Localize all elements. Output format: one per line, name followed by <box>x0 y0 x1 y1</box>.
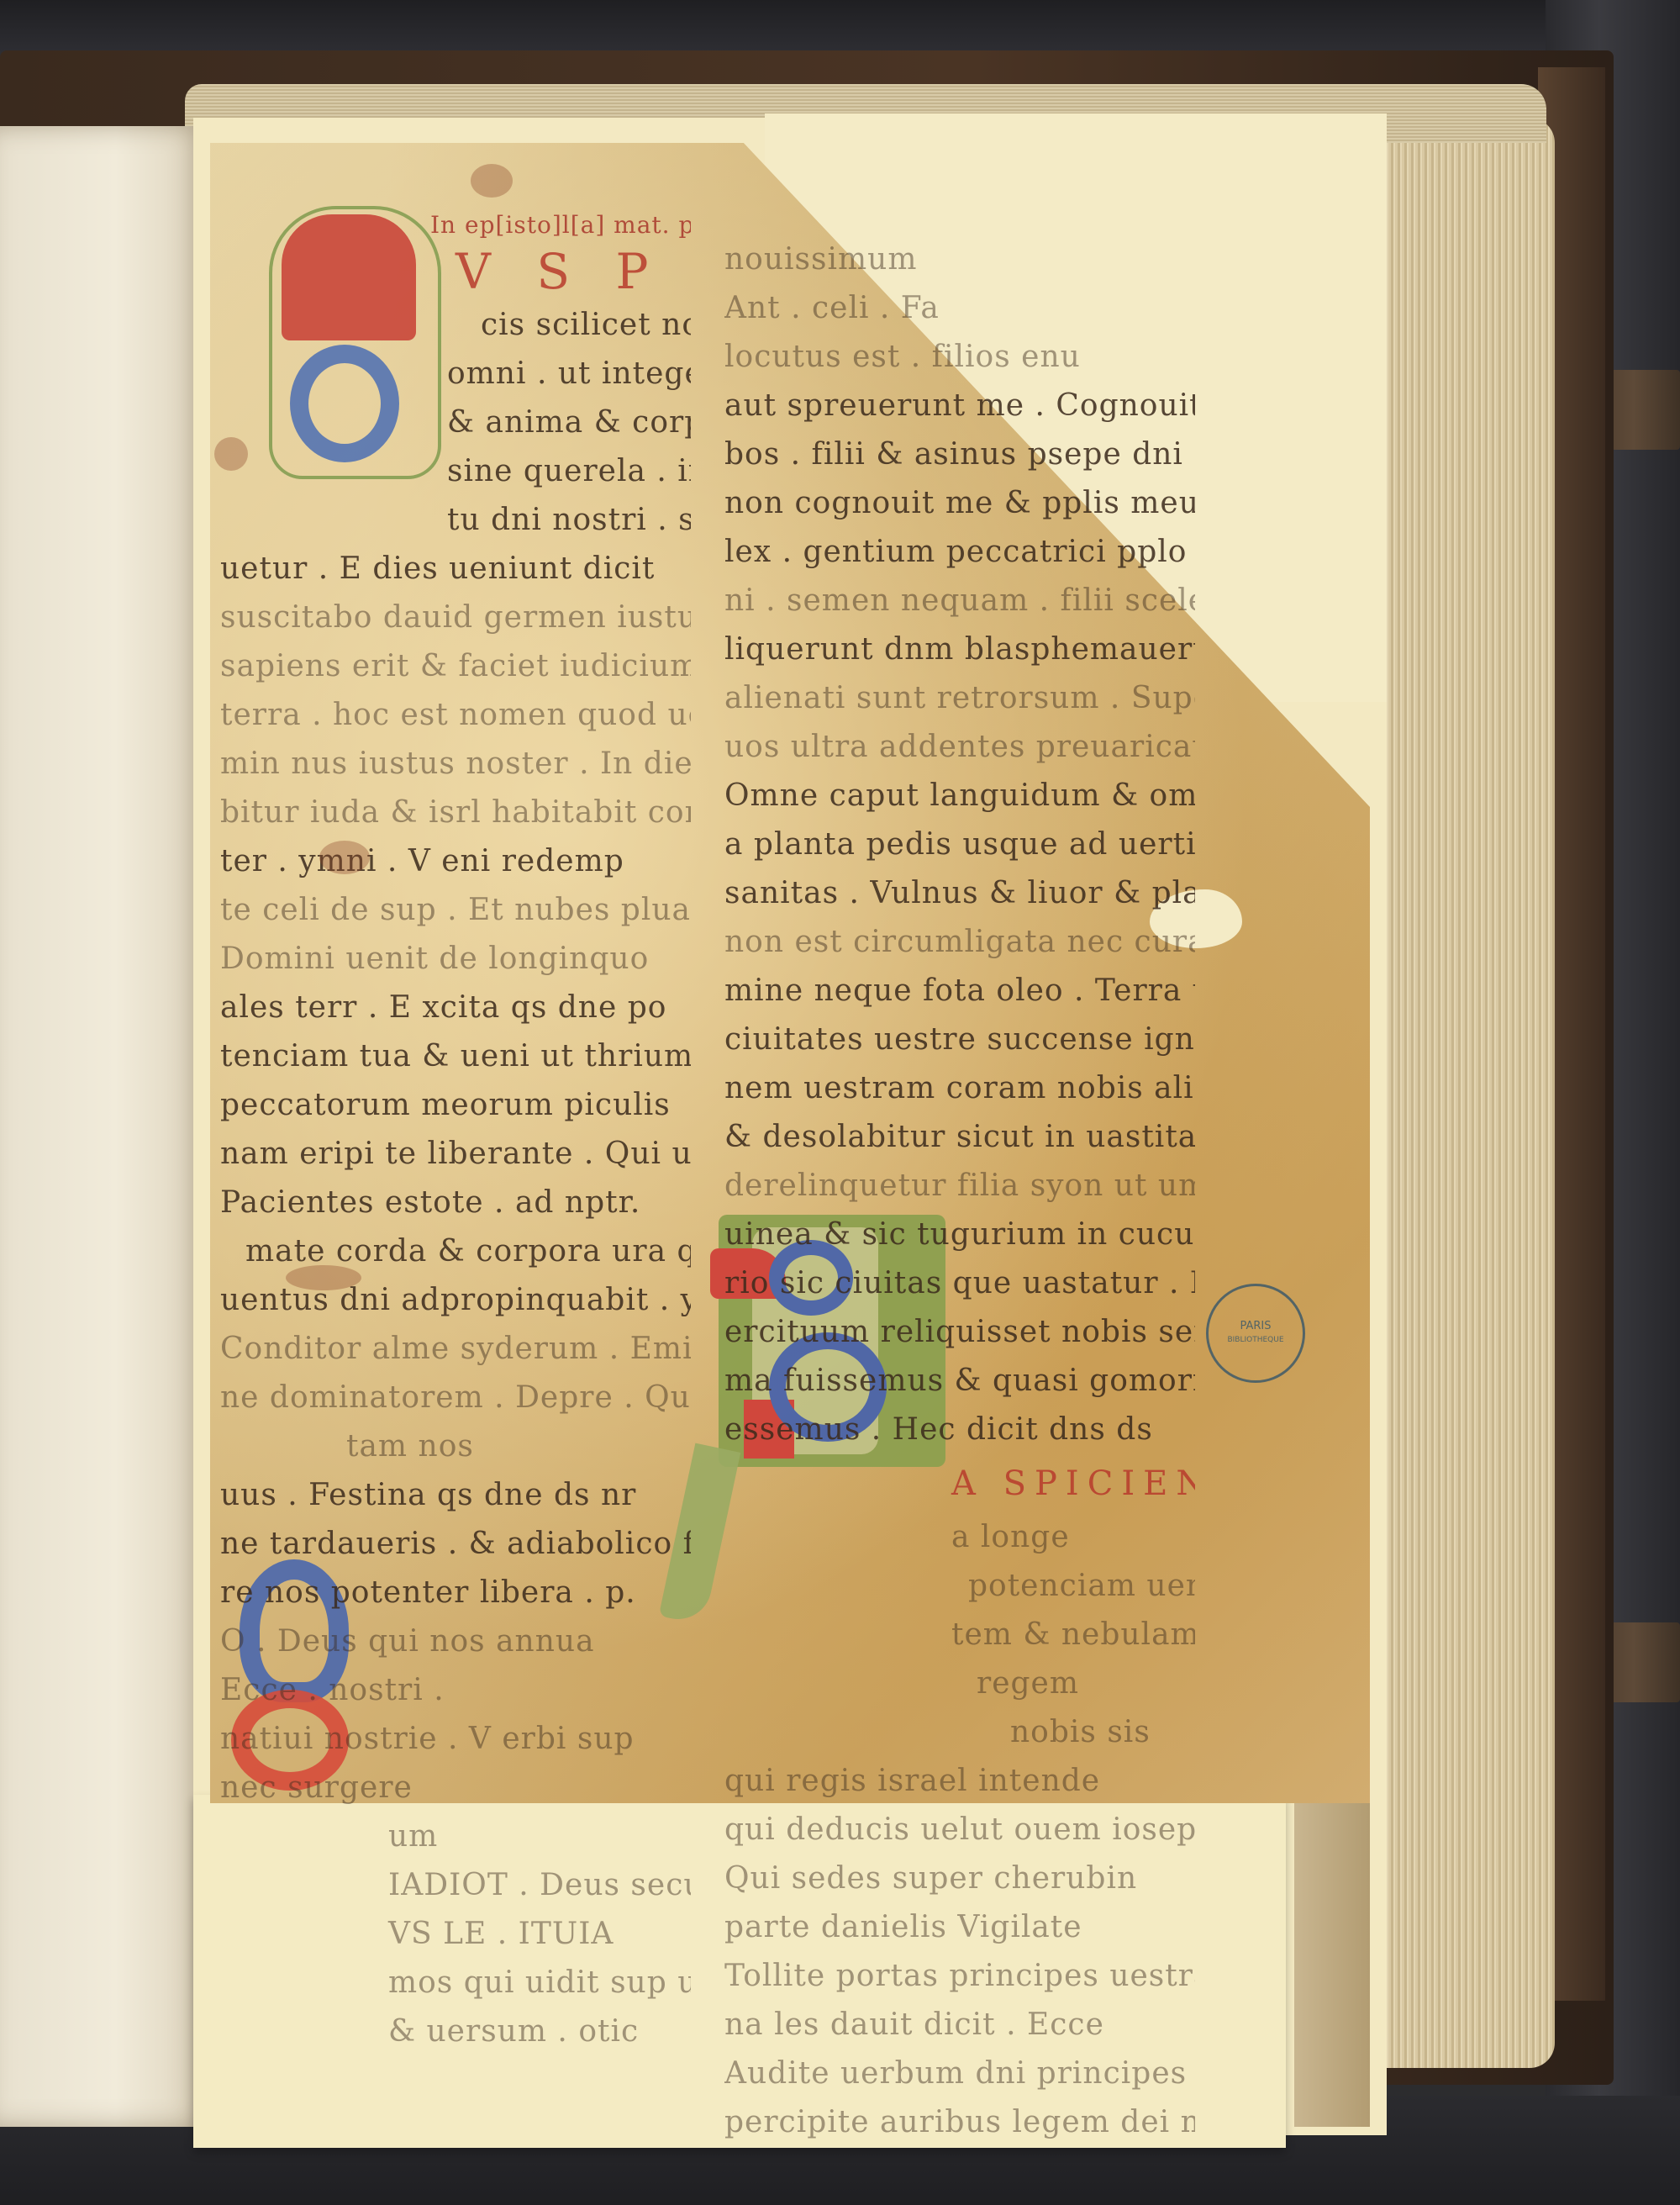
display-capitals: A SPICIENS <box>724 1454 1195 1513</box>
text-line: derelinquetur filia syon ut umbraculum i… <box>724 1162 1195 1211</box>
text-line: lex . gentium peccatrici pplo g <box>724 528 1195 577</box>
text-line: Qui sedes super cherubin <box>724 1854 1195 1903</box>
text-line: sapiens erit & faciet iudicium iustitiam… <box>220 642 691 691</box>
text-line: terra . hoc est nomen quod uocabunt eum … <box>220 691 691 740</box>
stamp-text-top: PARIS <box>1226 1320 1285 1333</box>
photograph-scene: In ep[isto]l[a] mat. p[er] circul[um] an… <box>0 0 1680 2205</box>
text-line: alienati sunt retrorsum . Super quo perc… <box>724 674 1195 723</box>
text-line: sine querela . in adventu <box>220 447 691 496</box>
text-line: ni . semen nequam . filii scelerati <box>724 577 1195 625</box>
text-line: mos qui uidit sup udu <box>220 1959 691 2007</box>
text-line: re nos potenter libera . p. <box>220 1569 691 1617</box>
text-line: peccatorum meorum piculis <box>220 1081 691 1130</box>
text-column-left: In ep[isto]l[a] mat. p[er] circul[um] an… <box>220 208 691 2056</box>
text-line: uetur . E dies ueniunt dicit <box>220 545 691 593</box>
text-line: bos . filii & asinus psepe dni <box>724 430 1195 479</box>
text-line: ma fuissemus & quasi gomorra similes <box>724 1357 1195 1406</box>
text-line: sanitas . Vulnus & liuor & plaga tumens <box>724 869 1195 918</box>
text-line: nem uestram coram nobis alieni deuorant <box>724 1064 1195 1113</box>
text-line: & desolabitur sicut in uastitate hostili <box>724 1113 1195 1162</box>
text-line: O . Deus qui nos annua <box>220 1617 691 1666</box>
text-line: non cognouit me & pplis meus <box>724 479 1195 528</box>
text-line: cis scilicet nos p <box>220 301 691 350</box>
text-line: percipite auribus legem dei nostri <box>724 2098 1195 2147</box>
text-line: potenciam uenien <box>724 1562 1195 1611</box>
text-line: nam eripi te liberante . Qui uiuis cum d… <box>220 1130 691 1179</box>
text-line: Omne caput languidum & omne cor merens <box>724 772 1195 820</box>
text-line: Ant . celi . Fa <box>724 284 1195 333</box>
text-line: um <box>220 1812 691 1861</box>
text-line: a planta pedis usque ad uerticem non est… <box>724 820 1195 869</box>
text-line: nec surgere <box>220 1764 691 1812</box>
text-line: tenciam tua & ueni ut thriumentibus <box>220 1032 691 1081</box>
text-line: suscitabo dauid germen iustum & regnabit <box>220 593 691 642</box>
text-line: tam nos <box>220 1422 691 1471</box>
text-line: liquerunt dnm blasphemauerunt scm <box>724 625 1195 674</box>
text-line: omni . ut integer sp <box>220 350 691 398</box>
text-line: & anima & corpus <box>220 398 691 447</box>
text-line: VS LE . ITUIA <box>220 1910 691 1959</box>
text-line: ciuitates uestre succense igni . Regio <box>724 1015 1195 1064</box>
text-line: parte danielis Vigilate <box>724 1903 1195 1952</box>
text-line: aut spreuerunt me . Cognouit <box>724 382 1195 430</box>
text-line: Domini uenit de longinquo <box>220 935 691 984</box>
text-line: uentus dni adpropinquabit . ymn. <box>220 1276 691 1325</box>
text-line: Conditor alme syderum . Emitte agnu <box>220 1325 691 1374</box>
text-line: mine neque fota oleo . Terra uestra dese… <box>724 967 1195 1015</box>
text-line: & uersum . otic <box>220 2007 691 2056</box>
book-fore-edge <box>1361 118 1555 2068</box>
text-line: Ecce . nostri . <box>220 1666 691 1715</box>
text-line: a longe <box>724 1513 1195 1562</box>
text-line: min nus iustus noster . In diebus illius… <box>220 740 691 789</box>
left-blank-page <box>0 126 210 2127</box>
text-line: tu dni nostri . ser <box>220 496 691 545</box>
text-column-right: nouissimum Ant . celi . Fa locutus est .… <box>724 235 1195 2147</box>
text-line: regem <box>724 1659 1195 1708</box>
text-line: ales terr . E xcita qs dne po <box>220 984 691 1032</box>
text-line: mate corda & corpora ura qm ad <box>220 1227 691 1276</box>
text-line: uus . Festina qs dne ds nr <box>220 1471 691 1520</box>
library-stamp: PARIS BIBLIOTHEQUE <box>1206 1284 1305 1383</box>
text-line: ne dominatorem . Depre . Qui uiuis <box>220 1374 691 1422</box>
text-line: nobis sis <box>724 1708 1195 1757</box>
text-line: qui regis israel intende <box>724 1757 1195 1806</box>
text-line: rio sic ciuitas que uastatur . Nisi dns … <box>724 1259 1195 1308</box>
text-line: te celi de sup . Et nubes pluant <box>220 886 691 935</box>
text-line: qui deducis uelut ouem ioseph <box>724 1806 1195 1854</box>
text-line: ter . ymni . V eni redemp <box>220 837 691 886</box>
text-line: non est circumligata nec curata medica <box>724 918 1195 967</box>
text-line: Pacientes estote . ad nptr. <box>220 1179 691 1227</box>
text-line: ne tardaueris . & adiabolico furo <box>220 1520 691 1569</box>
text-line: essemus . Hec dicit dns ds <box>724 1406 1195 1454</box>
text-line: Audite uerbum dni principes sodomorum <box>724 2049 1195 2098</box>
rubric-heading: In ep[isto]l[a] mat. p[er] circul[um] an… <box>220 208 691 242</box>
text-line: uos ultra addentes preuaricationem <box>724 723 1195 772</box>
text-line: na les dauit dicit . Ecce <box>724 2001 1195 2049</box>
text-line: IADIOT . Deus secur <box>220 1861 691 1910</box>
text-line: ercituum reliquisset nobis semen quasi s… <box>724 1308 1195 1357</box>
text-line: bitur iuda & isrl habitabit con fiden <box>220 789 691 837</box>
text-line: tem & nebulam totam ter <box>724 1611 1195 1659</box>
text-line: locutus est . filios enu <box>724 333 1195 382</box>
text-line: Tollite portas principes uestras & eleua… <box>724 1952 1195 2001</box>
text-line: nouissimum <box>724 235 1195 284</box>
display-capitals: V S P A <box>220 242 691 301</box>
stamp-text-bottom: BIBLIOTHEQUE <box>1226 1333 1285 1347</box>
text-line: uinea & sic tugurium in cucumerario <box>724 1211 1195 1259</box>
folio-edge-bottom <box>1294 1799 1370 2127</box>
text-line: natiui nostrie . V erbi sup <box>220 1715 691 1764</box>
